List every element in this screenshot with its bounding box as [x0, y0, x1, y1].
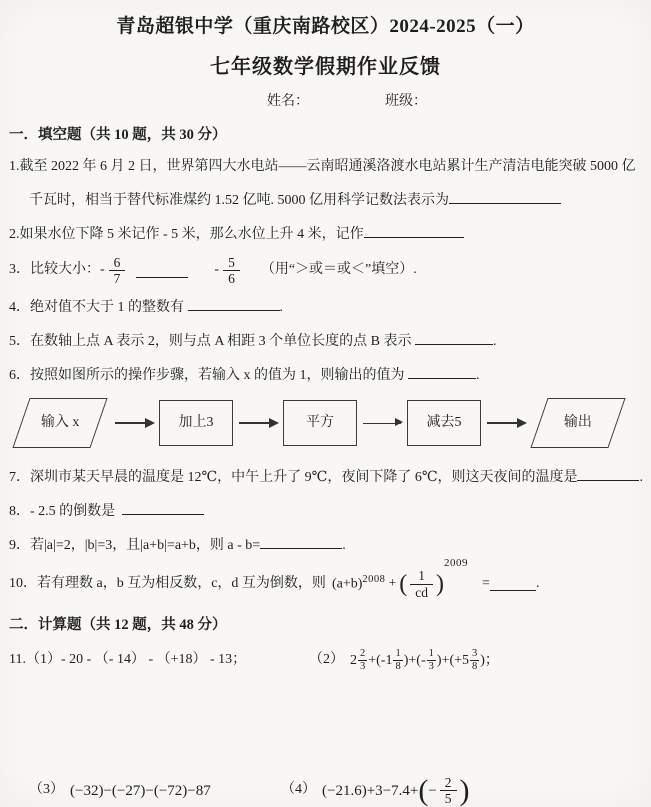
answer-blank — [408, 365, 476, 379]
question-2: 2.如果水位下降 5 米记作 - 5 米，那么水位上升 4 米，记作 — [9, 224, 642, 245]
flowchart: 输入 x 加上3 平方 减去5 输出 — [13, 395, 642, 451]
flow-arrow-icon — [487, 422, 525, 424]
name-label: 姓名： — [267, 93, 309, 112]
flow-arrow-icon — [239, 422, 277, 424]
section-fill-heading: 一．填空题（共 10 题，共 30 分） — [9, 126, 642, 146]
question-1-line2: 千瓦时，相当于替代标准煤约 1.52 亿吨. 5000 亿用科学记数法表示为 — [9, 190, 642, 211]
question-5: 5．在数轴上点 A 表示 2，则与点 A 相距 3 个单位长度的点 B 表示 . — [9, 331, 642, 352]
answer-blank — [577, 467, 639, 481]
question-7: 7．深圳市某天早晨的温度是 12℃，中午上升了 9℃，夜间下降了 6℃，则这天夜… — [9, 467, 642, 488]
minus-sign: - — [100, 261, 105, 280]
question-6: 6．按照如图所示的操作步骤，若输入 x 的值为 1，则输出的值为 . — [9, 365, 642, 386]
question-11-part2-label: （2） — [309, 651, 344, 670]
answer-blank — [136, 264, 188, 278]
fraction-2-3: 23 — [358, 648, 367, 673]
flow-step-square: 平方 — [283, 400, 357, 446]
document-title: 七年级数学假期作业反馈 — [9, 54, 642, 81]
fraction-1-cd: 1cd — [410, 568, 433, 600]
flow-arrow-icon — [115, 422, 153, 424]
answer-blank — [415, 331, 493, 345]
answer-blank — [490, 577, 536, 591]
fraction-6-7: 6 7 — [109, 255, 126, 287]
fraction-5-6: 5 6 — [223, 255, 240, 287]
flow-step-add3: 加上3 — [159, 400, 233, 446]
question-11-bottom-row: （3） (−32)−(−27)−(−72)−87 （4） (−21.6)+3−7… — [9, 775, 642, 807]
question-3: 3．比较大小： - 6 7 - 5 6 （用“＞或＝或＜”填空）. — [9, 255, 642, 287]
flow-input-node: 输入 x — [12, 398, 107, 448]
question-1-line1: 1.截至 2022 年 6 月 2 日，世界第四大水电站——云南昭通溪洛渡水电站… — [9, 158, 642, 177]
flow-arrow-icon — [363, 423, 401, 424]
question-11-part1: 11.（1）- 20 - （- 14） - （+18） - 13； — [9, 651, 309, 670]
question-3-hint: （用“＞或＝或＜”填空）. — [261, 261, 417, 280]
fraction-1-8: 18 — [393, 648, 402, 673]
answer-blank — [364, 224, 464, 238]
fraction-1-3: 13 — [427, 648, 436, 673]
school-title: 青岛超银中学（重庆南路校区）2024-2025（一） — [9, 14, 642, 40]
question-9: 9．若|a|=2，|b|=3，且|a+b|=a+b，则 a - b=. — [9, 535, 642, 556]
question-8: 8．- 2.5 的倒数是 — [9, 501, 642, 522]
question-11-part3: （3） (−32)−(−27)−(−72)−87 — [29, 781, 281, 801]
fraction-2-5: 25 — [440, 775, 457, 807]
flow-step-subtract5: 减去5 — [407, 400, 481, 446]
answer-blank — [449, 190, 561, 204]
question-11: 11.（1）- 20 - （- 14） - （+18） - 13； （2） 22… — [9, 648, 642, 673]
minus-sign: - — [214, 261, 219, 280]
answer-blank — [188, 297, 280, 311]
answer-blank — [122, 501, 204, 515]
flow-output-node: 输出 — [530, 398, 625, 448]
section-calc-heading: 二．计算题（共 12 题，共 48 分） — [9, 616, 642, 636]
question-10: 10．若有理数 a，b 互为相反数，c，d 互为倒数，则 (a+b)2008 +… — [9, 568, 642, 600]
worksheet-page: 青岛超银中学（重庆南路校区）2024-2025（一） 七年级数学假期作业反馈 姓… — [0, 0, 651, 807]
name-class-row: 姓名： 班级： — [9, 93, 642, 112]
question-11-part2-expression: 223+(-118)+(-13)+(+538)； — [350, 648, 499, 673]
class-label: 班级： — [385, 93, 427, 112]
power-term-1: (a+b)2008 — [332, 573, 385, 595]
power-term-2: (1cd)2009 — [399, 568, 468, 600]
fraction-3-8: 38 — [470, 648, 479, 673]
question-4: 4．绝对值不大于 1 的整数有 . — [9, 297, 642, 318]
question-11-part4: （4） (−21.6)+3−7.4+ ( − 25 ) — [281, 775, 470, 807]
answer-blank — [260, 535, 342, 549]
